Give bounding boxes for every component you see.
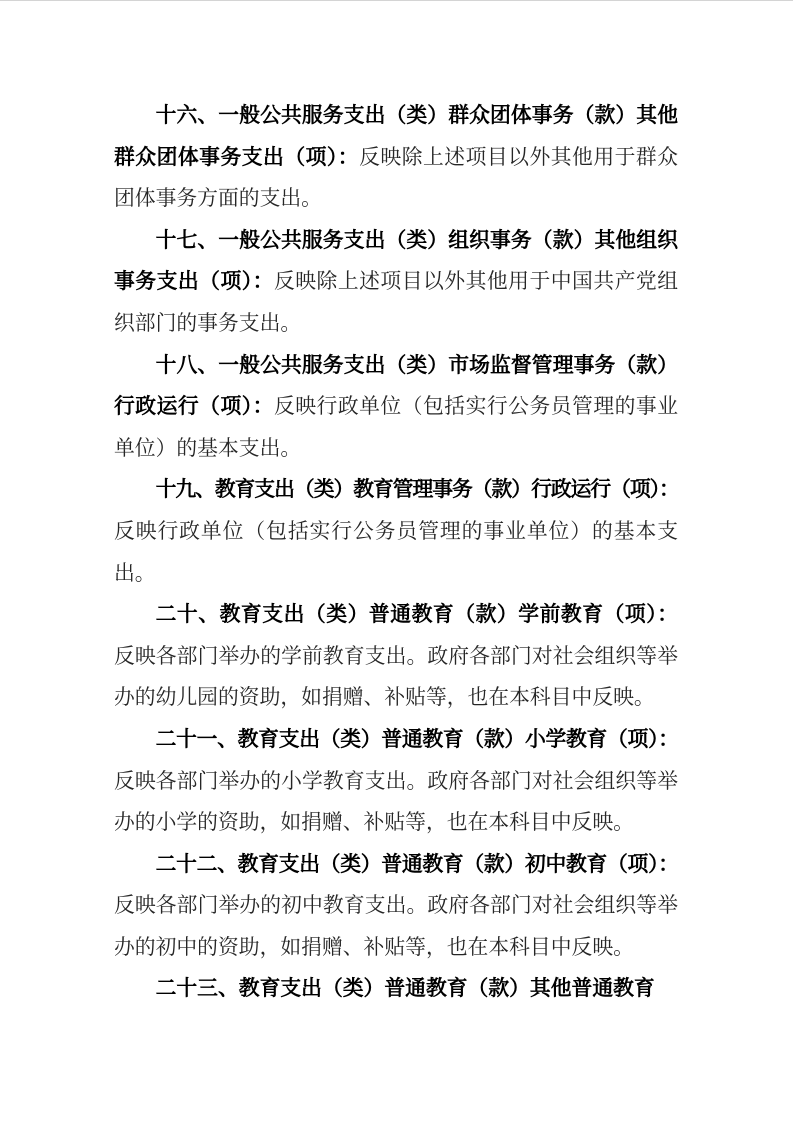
paragraph-22-body: 反映各部门举办的初中教育支出。政府各部门对社会组织等举办的初中的资助，如捐赠、补… (114, 894, 678, 959)
paragraph-19-body: 反映行政单位（包括实行公务员管理的事业单位）的基本支出。 (114, 520, 678, 585)
paragraph-20-body: 反映各部门举办的学前教育支出。政府各部门对社会组织等举办的幼儿园的资助，如捐赠、… (114, 645, 678, 710)
document-page: 十六、一般公共服务支出（类）群众团体事务（款）其他群众团体事务支出（项）：反映除… (0, 0, 793, 1122)
paragraph-21-lead: 二十一、教育支出（类）普通教育（款）小学教育（项）： (156, 728, 678, 751)
paragraph-21: 二十一、教育支出（类）普通教育（款）小学教育（项）：反映各部门举办的小学教育支出… (114, 719, 678, 844)
paragraph-16: 十六、一般公共服务支出（类）群众团体事务（款）其他群众团体事务支出（项）：反映除… (114, 95, 678, 220)
paragraph-19: 十九、教育支出（类）教育管理事务（款）行政运行（项）：反映行政单位（包括实行公务… (114, 469, 678, 594)
paragraph-20: 二十、教育支出（类）普通教育（款）学前教育（项）：反映各部门举办的学前教育支出。… (114, 594, 678, 719)
paragraph-22: 二十二、教育支出（类）普通教育（款）初中教育（项）：反映各部门举办的初中教育支出… (114, 844, 678, 969)
paragraph-21-body: 反映各部门举办的小学教育支出。政府各部门对社会组织等举办的小学的资助，如捐赠、补… (114, 770, 678, 835)
document-text-block: 十六、一般公共服务支出（类）群众团体事务（款）其他群众团体事务支出（项）：反映除… (114, 95, 678, 1010)
paragraph-22-lead: 二十二、教育支出（类）普通教育（款）初中教育（项）： (156, 853, 678, 876)
paragraph-23: 二十三、教育支出（类）普通教育（款）其他普通教育 (114, 968, 678, 1010)
paragraph-19-lead: 十九、教育支出（类）教育管理事务（款）行政运行（项）： (156, 478, 678, 501)
paragraph-23-lead: 二十三、教育支出（类）普通教育（款）其他普通教育 (156, 977, 655, 1000)
page-top-edge-line (0, 0, 793, 1)
paragraph-18: 十八、一般公共服务支出（类）市场监督管理事务（款）行政运行（项）：反映行政单位（… (114, 345, 678, 470)
paragraph-20-lead: 二十、教育支出（类）普通教育（款）学前教育（项）： (156, 603, 678, 626)
paragraph-17: 十七、一般公共服务支出（类）组织事务（款）其他组织事务支出（项）：反映除上述项目… (114, 220, 678, 345)
